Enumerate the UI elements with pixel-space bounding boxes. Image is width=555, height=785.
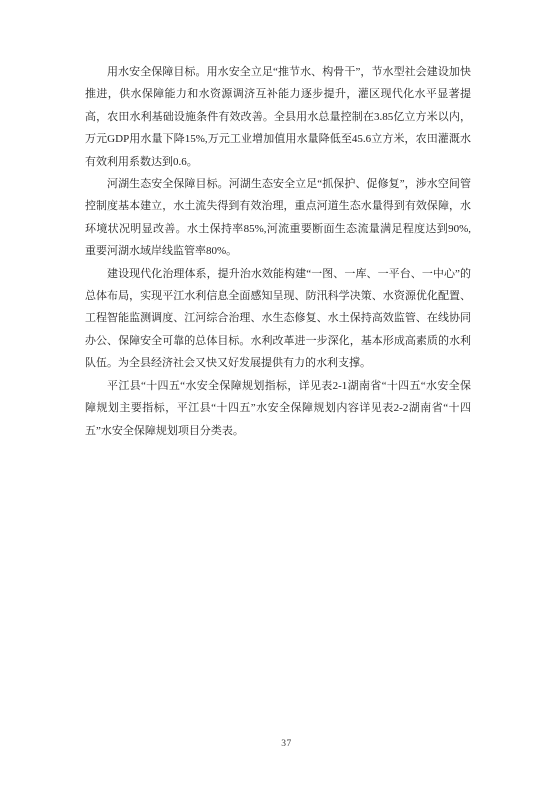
paragraph-modern-governance-system: 建设现代化治理体系，提升治水效能构建“一图、一库、一平台、一中心”的总体布局，实… [85, 263, 471, 375]
page-footer: 37 [0, 733, 555, 751]
paragraph-plan-index-tables-reference: 平江县“十四五“水安全保障规划指标，详见表2-1湖南省“十四五“水安全保障规划主… [85, 375, 471, 442]
document-page: 用水安全保障目标。用水安全立足“推节水、构骨干”，节水型社会建设加快推进，供水保… [0, 0, 555, 785]
text-block: 用水安全保障目标。用水安全立足“推节水、构骨干”，节水型社会建设加快推进，供水保… [85, 61, 471, 442]
paragraph-water-supply-safety-goal: 用水安全保障目标。用水安全立足“推节水、构骨干”，节水型社会建设加快推进，供水保… [85, 61, 471, 173]
paragraph-river-lake-ecology-goal: 河湖生态安全保障目标。河湖生态安全立足“抓保护、促修复”，涉水空间管控制度基本建… [85, 173, 471, 263]
page-number: 37 [281, 739, 292, 749]
